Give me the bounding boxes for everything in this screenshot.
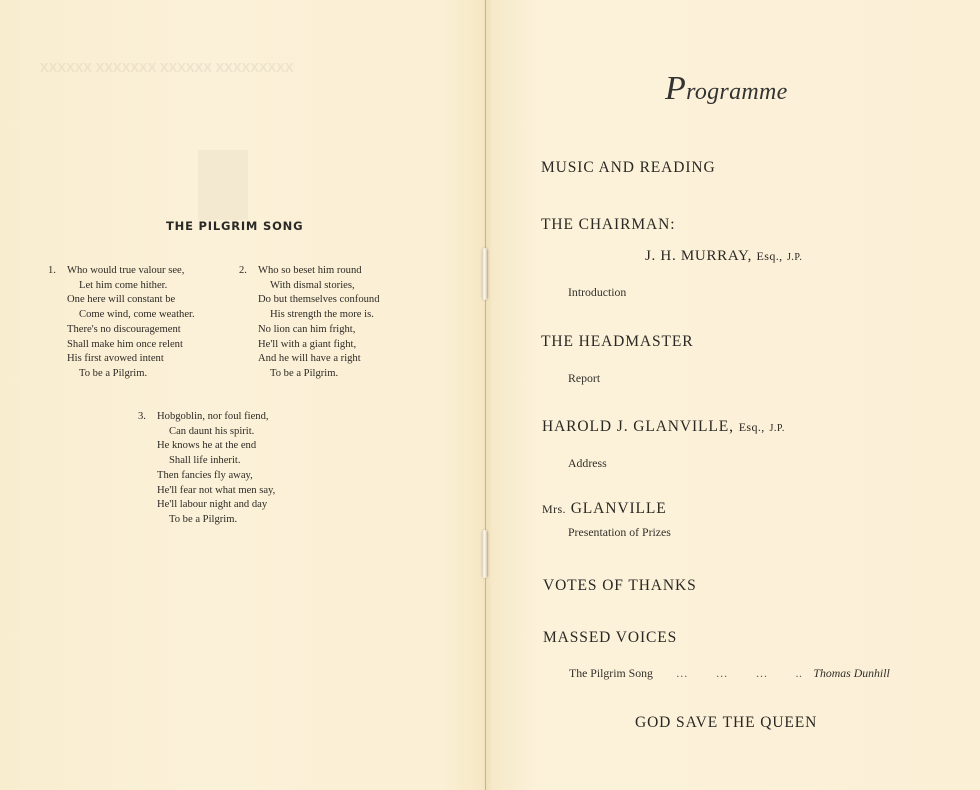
glanville-name: HAROLD J. GLANVILLE, bbox=[542, 418, 734, 435]
verse-3: 3. Hobgoblin, nor foul fiend, Can daunt … bbox=[138, 410, 275, 528]
glanville-jp: J.P. bbox=[769, 423, 784, 434]
verse-lines: Hobgoblin, nor foul fiend, Can daunt his… bbox=[157, 410, 275, 528]
item-headmaster-heading: THE HEADMASTER bbox=[541, 333, 694, 351]
verse-line: He'll labour night and day bbox=[157, 498, 275, 513]
verse-line: His strength the more is. bbox=[258, 308, 380, 323]
programme-title-initial: P bbox=[665, 70, 686, 107]
piece-title: The Pilgrim Song bbox=[569, 666, 653, 680]
verse-line: To be a Pilgrim. bbox=[67, 367, 195, 382]
booklet-spread: XXXXXXXXX XXXXXX XXXXXXX XXXXXX THE PILG… bbox=[0, 0, 980, 790]
item-massed-voices: MASSED VOICES bbox=[543, 629, 677, 647]
dot-leaders: … … … .. bbox=[676, 666, 803, 681]
mrs-glanville-line: Mrs. GLANVILLE bbox=[542, 500, 667, 518]
verse-line: With dismal stories, bbox=[258, 279, 380, 294]
verse-line: Do but themselves confound bbox=[258, 293, 380, 308]
programme-title: Programme bbox=[665, 70, 788, 108]
verse-line: He'll with a giant fight, bbox=[258, 338, 380, 353]
verse-line: One here will constant be bbox=[67, 293, 195, 308]
item-music-reading: MUSIC AND READING bbox=[541, 159, 716, 177]
verse-2: 2. Who so beset him round With dismal st… bbox=[239, 264, 380, 382]
chairman-name: J. H. MURRAY, bbox=[645, 248, 752, 264]
item-chairman-heading: THE CHAIRMAN: bbox=[541, 216, 675, 234]
verse-lines: Who so beset him round With dismal stori… bbox=[258, 264, 380, 382]
item-anthem: GOD SAVE THE QUEEN bbox=[635, 714, 817, 732]
chairman-sub: Introduction bbox=[568, 285, 626, 300]
mrs-glanville-sub: Presentation of Prizes bbox=[568, 525, 671, 540]
headmaster-sub: Report bbox=[568, 371, 600, 386]
verse-line: Who so beset him round bbox=[258, 264, 380, 279]
verse-line: And he will have a right bbox=[258, 352, 380, 367]
verse-line: To be a Pilgrim. bbox=[258, 367, 380, 382]
mrs-glanville-name: GLANVILLE bbox=[571, 500, 667, 517]
composer-name: Thomas Dunhill bbox=[813, 666, 889, 680]
verse-line: To be a Pilgrim. bbox=[157, 513, 275, 528]
verse-line: Come wind, come weather. bbox=[67, 308, 195, 323]
verse-number: 2. bbox=[239, 264, 247, 279]
verse-line: No lion can him fright, bbox=[258, 323, 380, 338]
verse-line: His first avowed intent bbox=[67, 352, 195, 367]
left-page bbox=[0, 0, 486, 790]
verse-lines: Who would true valour see, Let him come … bbox=[67, 264, 195, 382]
verse-line: There's no discouragement bbox=[67, 323, 195, 338]
verse-line: He'll fear not what men say, bbox=[157, 484, 275, 499]
verse-line: Shall make him once relent bbox=[67, 338, 195, 353]
item-votes-of-thanks: VOTES OF THANKS bbox=[543, 577, 697, 595]
verse-line: He knows he at the end bbox=[157, 439, 275, 454]
verse-number: 1. bbox=[48, 264, 56, 279]
verse-line: Let him come hither. bbox=[67, 279, 195, 294]
chairman-esq: Esq., bbox=[757, 249, 783, 263]
mrs-prefix: Mrs. bbox=[542, 502, 566, 516]
verse-line: Hobgoblin, nor foul fiend, bbox=[157, 410, 275, 425]
massed-voices-piece-row: The Pilgrim Song … … … .. Thomas Dunhill bbox=[569, 666, 890, 681]
chairman-jp: J.P. bbox=[787, 252, 802, 263]
song-title: THE PILGRIM SONG bbox=[166, 219, 303, 233]
verse-line: Then fancies fly away, bbox=[157, 469, 275, 484]
verse-line: Shall life inherit. bbox=[157, 454, 275, 469]
glanville-name-line: HAROLD J. GLANVILLE, Esq., J.P. bbox=[542, 418, 785, 436]
verse-number: 3. bbox=[138, 410, 146, 425]
chairman-name-line: J. H. MURRAY, Esq., J.P. bbox=[645, 248, 802, 265]
verse-1: 1. Who would true valour see, Let him co… bbox=[48, 264, 195, 382]
glanville-sub: Address bbox=[568, 456, 607, 471]
verse-line: Who would true valour see, bbox=[67, 264, 195, 279]
glanville-esq: Esq., bbox=[739, 420, 765, 434]
verse-line: Can daunt his spirit. bbox=[157, 425, 275, 440]
programme-title-rest: rogramme bbox=[686, 79, 788, 105]
